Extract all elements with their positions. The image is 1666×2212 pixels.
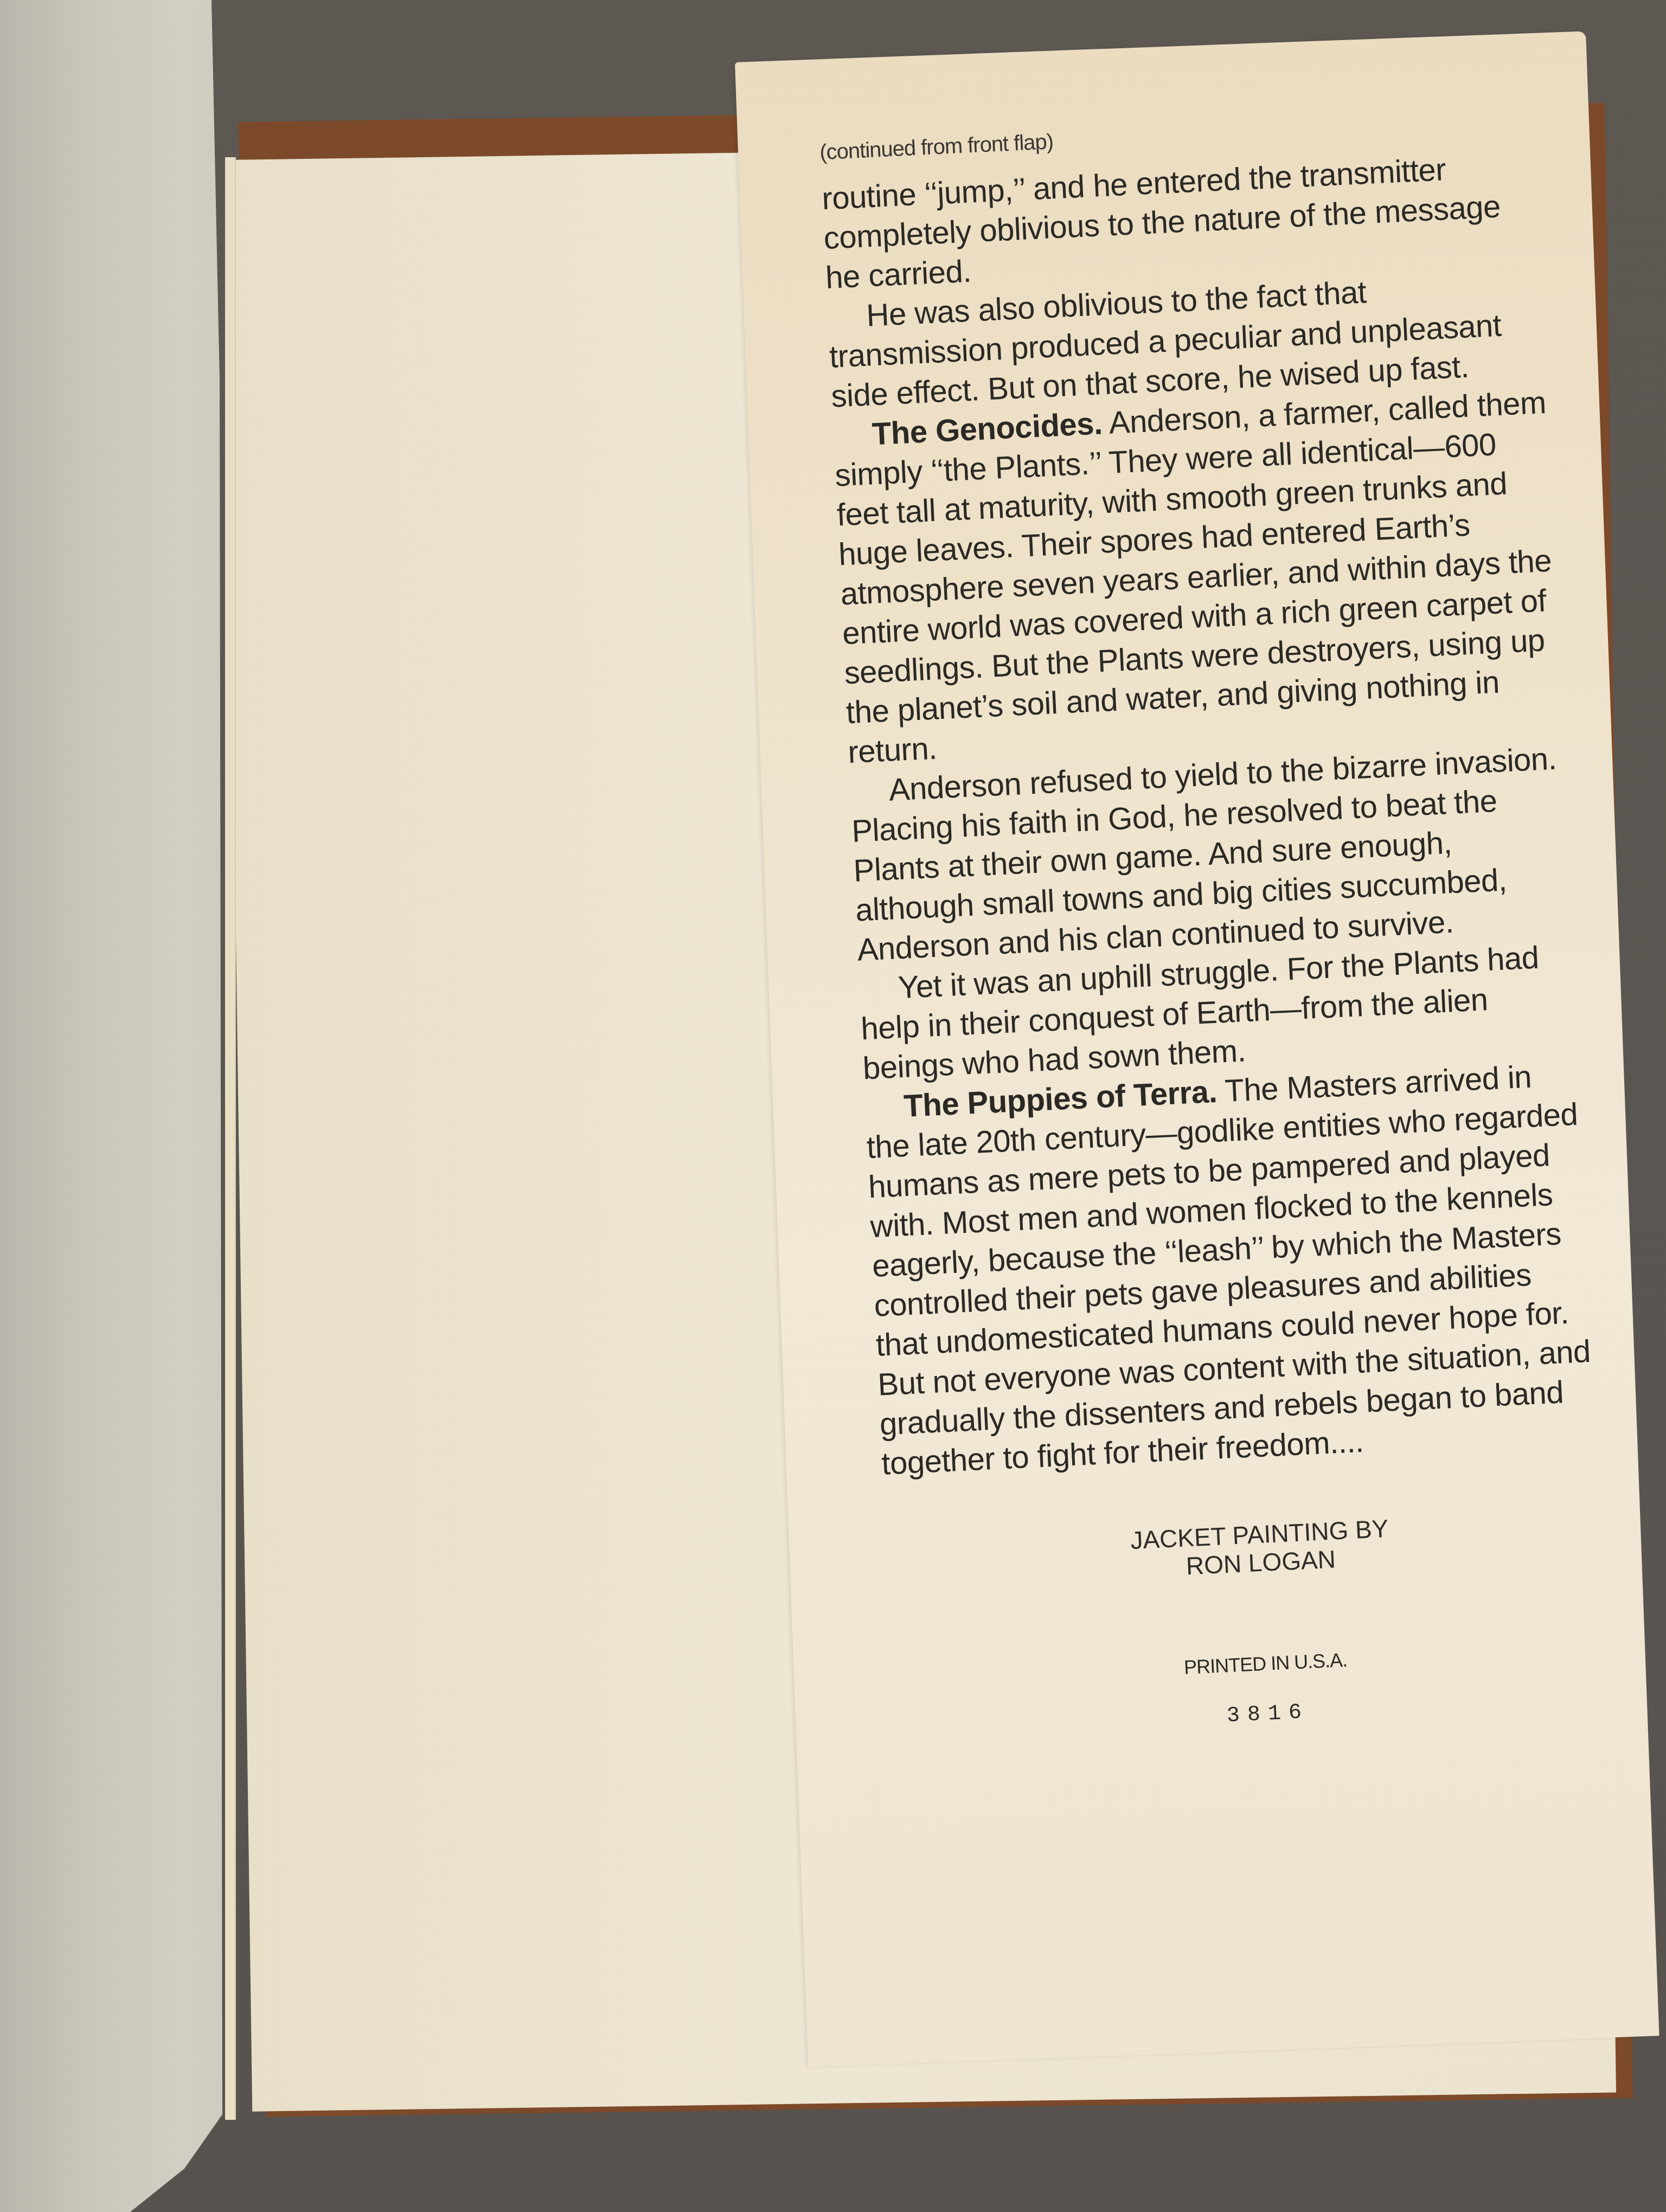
printed-in: PRINTED IN U.S.A.	[891, 1636, 1607, 1693]
left-page-curl	[0, 0, 228, 2212]
section-lead: The Genocides.	[871, 406, 1103, 452]
price-code: 3816	[894, 1686, 1610, 1744]
paragraph-puppies: The Puppies of Terra. The Masters arrive…	[864, 1054, 1598, 1483]
jacket-flap: (continued from front flap) routine ‘‘ju…	[735, 31, 1659, 2067]
paragraph-text: The Masters arrived in the late 20th cen…	[866, 1059, 1591, 1481]
paragraph-genocides: The Genocides. Anderson, a farmer, calle…	[832, 383, 1564, 772]
paragraph-4: Anderson refused to yield to the bizarre…	[849, 738, 1573, 970]
gutter	[225, 157, 236, 2120]
paragraph-text: Anderson refused to yield to the bizarre…	[851, 741, 1558, 968]
flap-body: routine ‘‘jump,’’ and he entered the tra…	[821, 145, 1598, 1484]
flap-content: (continued from front flap) routine ‘‘ju…	[819, 107, 1610, 1744]
jacket-credit: JACKET PAINTING BY RON LOGAN	[885, 1504, 1603, 1594]
